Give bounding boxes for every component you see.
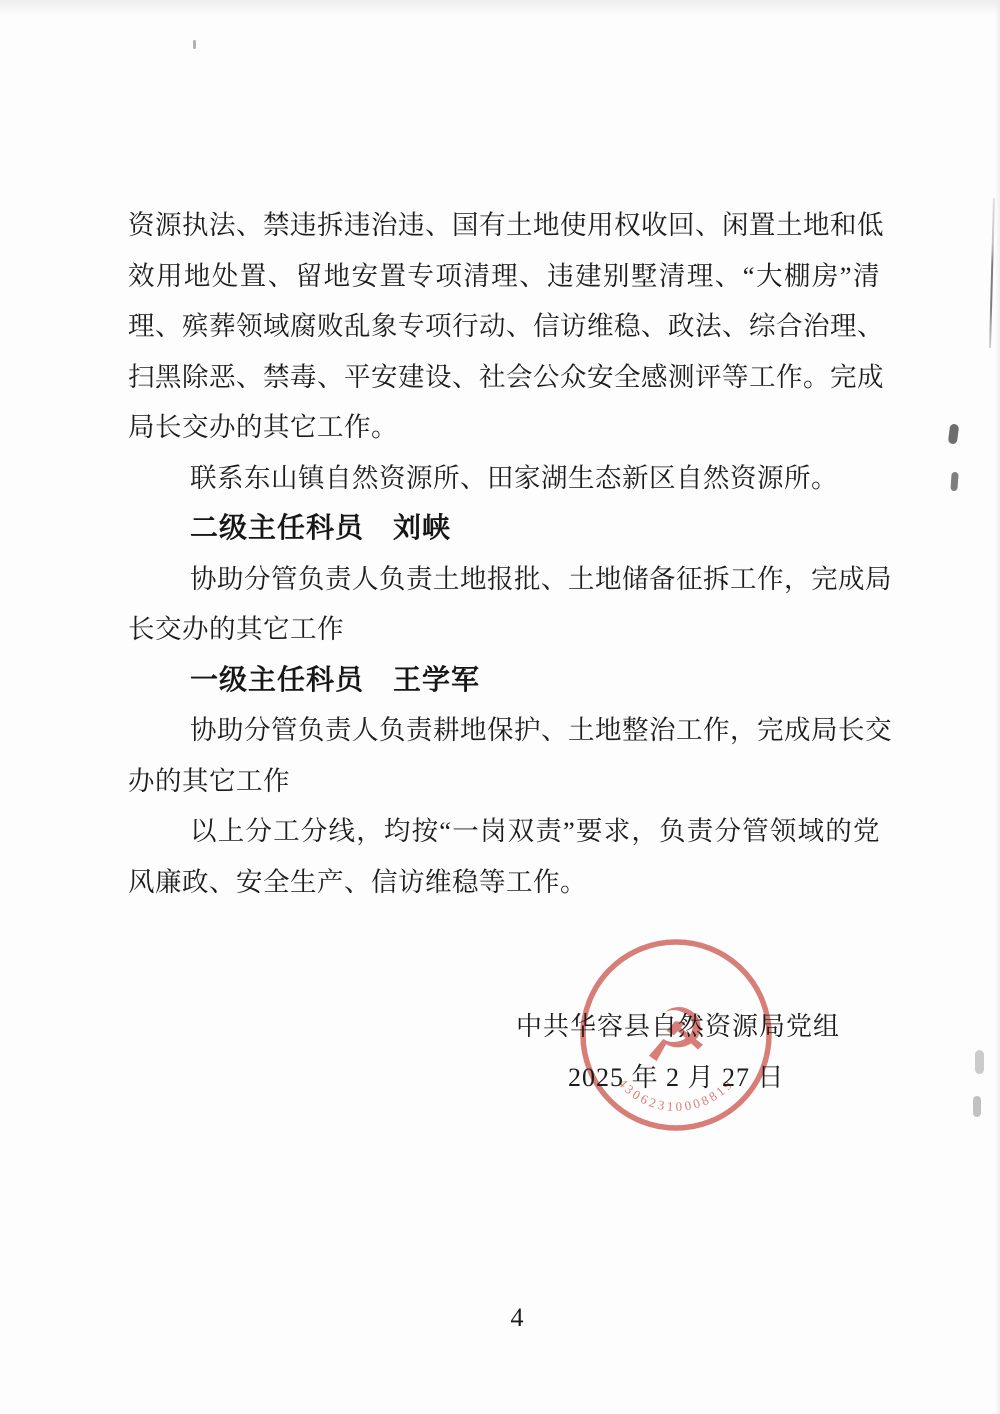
body-line: 二级主任科员 刘峡 xyxy=(128,503,880,554)
scan-artifact-mark xyxy=(950,472,958,491)
body-line: 办的其它工作 xyxy=(128,756,880,807)
body-text: 资源执法、禁违拆违治违、国有土地使用权收回、闲置土地和低效用地处置、留地安置专项… xyxy=(128,200,880,907)
body-line: 长交办的其它工作 xyxy=(128,604,880,655)
document-page: 资源执法、禁违拆违治违、国有土地使用权收回、闲置土地和低效用地处置、留地安置专项… xyxy=(0,0,1000,1414)
scan-artifact-dot xyxy=(193,40,196,49)
scan-artifact-mark xyxy=(948,424,959,445)
body-line: 协助分管负责人负责耕地保护、土地整治工作，完成局长交 xyxy=(128,705,880,756)
body-line: 协助分管负责人负责土地报批、土地储备征拆工作，完成局 xyxy=(128,554,880,605)
signature-date: 2025 年 2 月 27 日 xyxy=(568,1060,785,1096)
scan-artifact-mark xyxy=(975,1050,984,1074)
signature-organization: 中共华容县自然资源局党组 xyxy=(516,1008,840,1046)
body-line: 理、殡葬领域腐败乱象专项行动、信访维稳、政法、综合治理、 xyxy=(128,301,880,352)
body-line: 扫黑除恶、禁毒、平安建设、社会公众安全感测评等工作。完成 xyxy=(128,352,880,403)
body-line: 局长交办的其它工作。 xyxy=(128,402,880,453)
page-number: 4 xyxy=(503,1303,531,1333)
body-line: 一级主任科员 王学军 xyxy=(128,655,880,706)
body-line: 风廉政、安全生产、信访维稳等工作。 xyxy=(128,857,880,908)
body-line: 效用地处置、留地安置专项清理、违建别墅清理、“大棚房”清 xyxy=(128,251,880,302)
body-line: 联系东山镇自然资源所、田家湖生态新区自然资源所。 xyxy=(128,453,880,504)
body-line: 资源执法、禁违拆违治违、国有土地使用权收回、闲置土地和低 xyxy=(128,200,880,251)
scan-edge-shading-right xyxy=(995,0,1000,1414)
body-line: 以上分工分线，均按“一岗双责”要求，负责分管领域的党 xyxy=(128,806,880,857)
scan-artifact-mark xyxy=(973,1096,981,1117)
scan-edge-shading-top xyxy=(0,0,1000,16)
